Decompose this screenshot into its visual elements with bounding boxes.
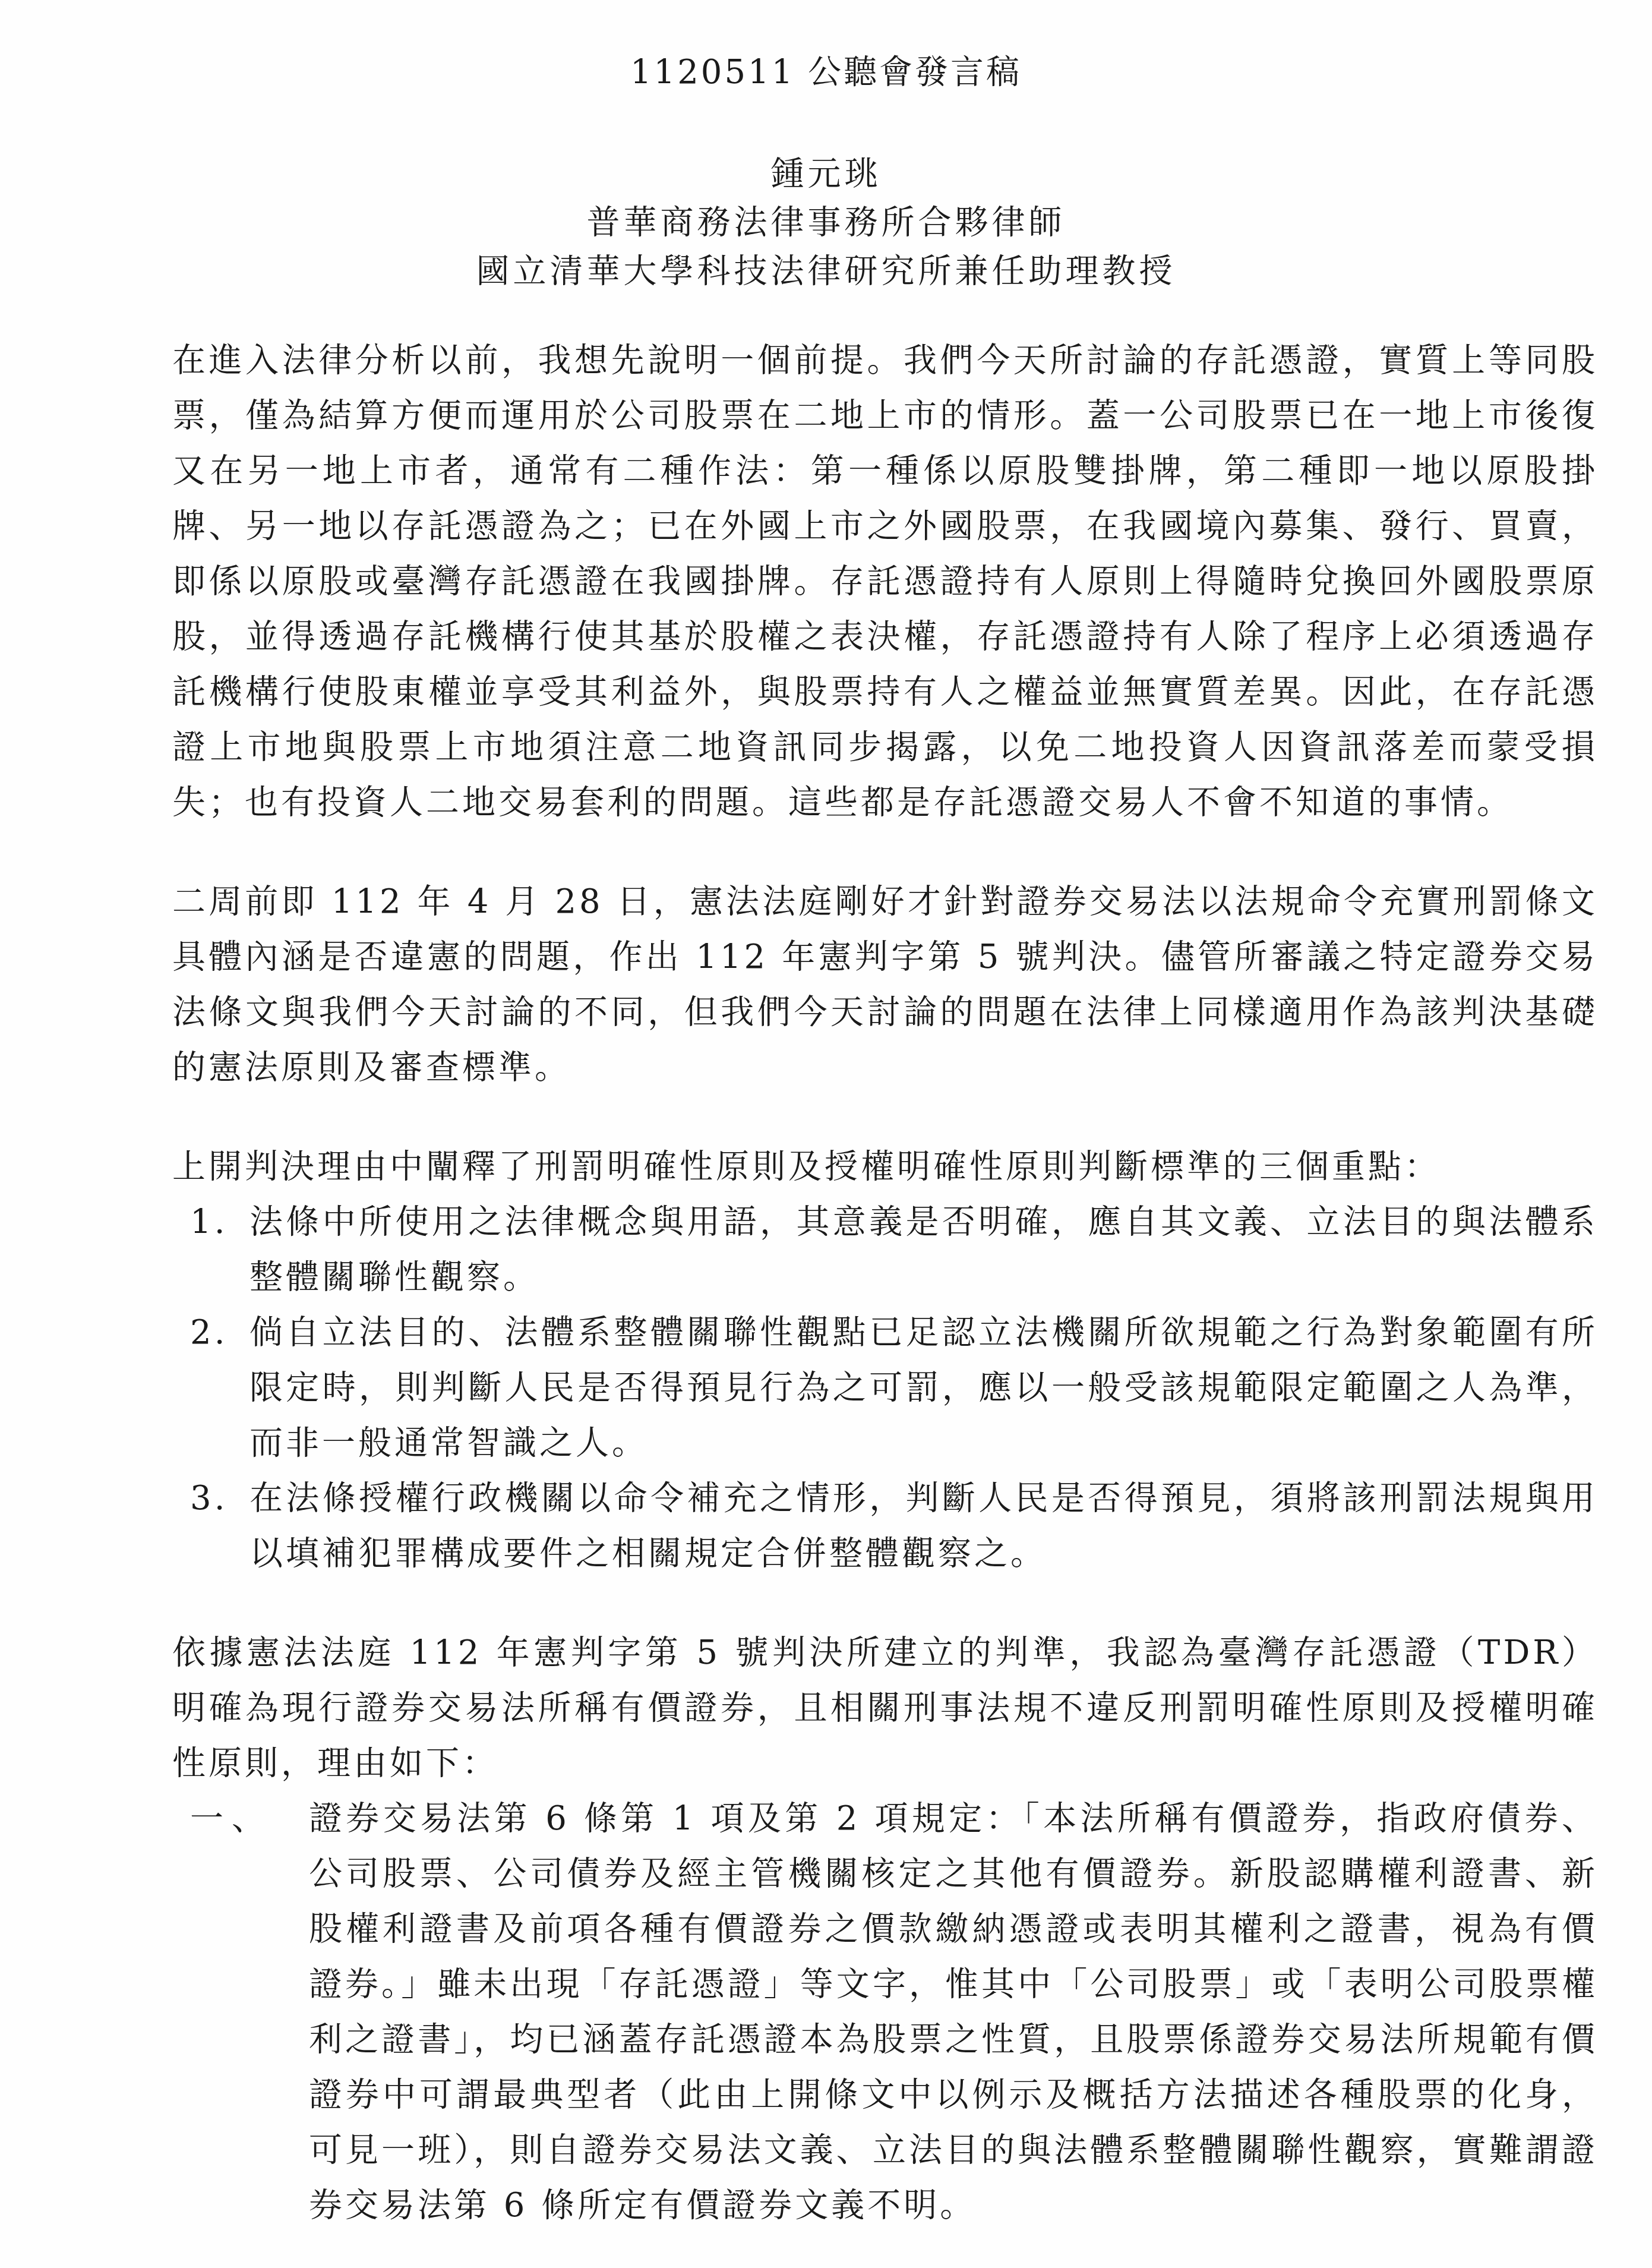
list-marker: 2. [190,1305,244,1360]
reason-item: 一、 證券交易法第 6 條第 1 項及第 2 項規定：「本法所稱有價證券，指政府… [190,1791,1598,2233]
reason-marker: 一、 [190,1791,303,1846]
list-item-text: 法條中所使用之法律概念與用語，其意義是否明確，應自其文義、立法目的與法體系整體關… [249,1203,1598,1297]
list-marker: 3. [190,1471,244,1526]
reason-text: 證券交易法第 6 條第 1 項及第 2 項規定：「本法所稱有價證券，指政府債券、… [309,1799,1598,2225]
author-block: 鍾元珧 普華商務法律事務所合夥律師 國立清華大學科技法律研究所兼任助理教授 [0,150,1652,296]
paragraph-ruling: 二周前即 112 年 4 月 28 日，憲法法庭剛好才針對證券交易法以法規命令充… [172,874,1598,1095]
author-affiliation-university: 國立清華大學科技法律研究所兼任助理教授 [0,247,1652,296]
paragraph-intro: 在進入法律分析以前，我想先說明一個前提。我們今天所討論的存託憑證，實質上等同股票… [172,333,1598,830]
document-body: 在進入法律分析以前，我想先說明一個前提。我們今天所討論的存託憑證，實質上等同股票… [172,333,1598,2233]
list-item: 1. 法條中所使用之法律概念與用語，其意義是否明確，應自其文義、立法目的與法體系… [190,1194,1598,1305]
paragraph-key-points-intro: 上開判決理由中闡釋了刑罰明確性原則及授權明確性原則判斷標準的三個重點： [172,1139,1598,1194]
list-item: 3. 在法條授權行政機關以命令補充之情形，判斷人民是否得預見，須將該刑罰法規與用… [190,1471,1598,1581]
document-page: 1120511 公聽會發言稿 鍾元珧 普華商務法律事務所合夥律師 國立清華大學科… [0,0,1652,2268]
list-item: 2. 倘自立法目的、法體系整體關聯性觀點已足認立法機關所欲規範之行為對象範圍有所… [190,1305,1598,1471]
list-item-text: 在法條授權行政機關以命令補充之情形，判斷人民是否得預見，須將該刑罰法規與用以填補… [249,1479,1598,1573]
author-name: 鍾元珧 [0,150,1652,198]
document-title: 1120511 公聽會發言稿 [0,49,1652,96]
paragraph-conclusion-intro: 依據憲法法庭 112 年憲判字第 5 號判決所建立的判準，我認為臺灣存託憑證（T… [172,1625,1598,1791]
key-points-list: 1. 法條中所使用之法律概念與用語，其意義是否明確，應自其文義、立法目的與法體系… [172,1194,1598,1581]
reasons-list: 一、 證券交易法第 6 條第 1 項及第 2 項規定：「本法所稱有價證券，指政府… [172,1791,1598,2233]
list-marker: 1. [190,1194,244,1250]
author-affiliation-firm: 普華商務法律事務所合夥律師 [0,198,1652,247]
list-item-text: 倘自立法目的、法體系整體關聯性觀點已足認立法機關所欲規範之行為對象範圍有所限定時… [249,1313,1598,1462]
